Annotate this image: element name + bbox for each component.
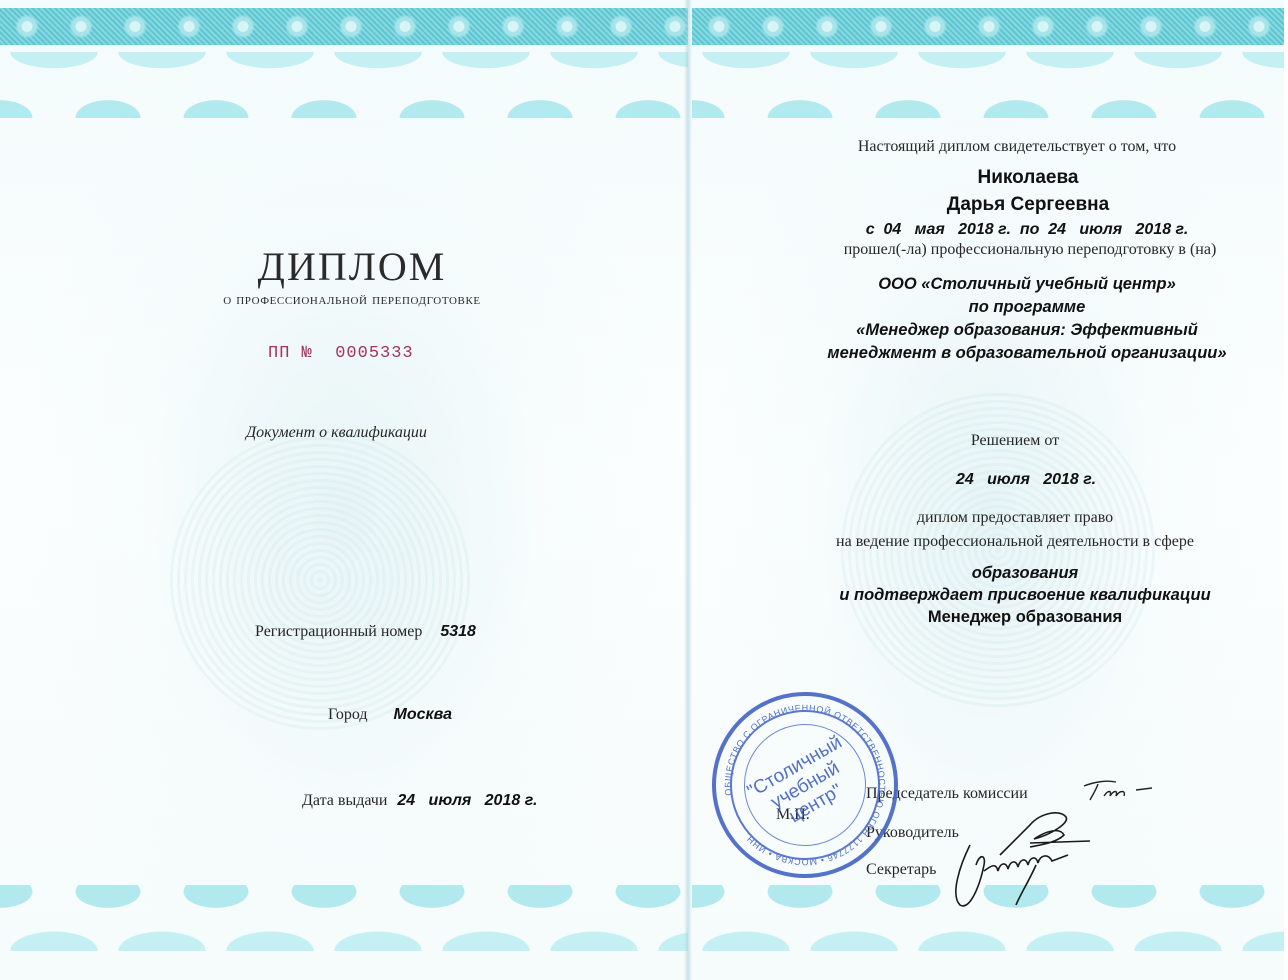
- diploma-subtitle: о профессиональной переподготовке: [223, 291, 481, 309]
- rights-line1: диплом предоставляет право: [917, 509, 1113, 527]
- registration-label: Регистрационный номер: [255, 623, 422, 640]
- city-value: Москва: [394, 706, 452, 723]
- top-wave-ornament: [0, 52, 688, 118]
- recipient-surname: Николаева: [978, 167, 1079, 189]
- top-border-band: [692, 8, 1284, 45]
- serial-value: 0005333: [335, 344, 413, 363]
- qualification-text: и подтверждает присвоение квалификации: [839, 586, 1210, 605]
- program-name-line2: менеджмент в образовательной организации…: [827, 344, 1226, 363]
- recipient-given-names: Дарья Сергеевна: [947, 194, 1109, 216]
- left-page: [0, 0, 688, 980]
- training-text: прошел(-ла) профессиональную переподгото…: [844, 241, 1217, 259]
- city-row: Город Москва: [328, 706, 452, 724]
- chairman-signature: [1080, 776, 1160, 806]
- program-name-line1: «Менеджер образования: Эффективный: [856, 321, 1198, 340]
- city-label: Город: [328, 706, 368, 723]
- top-wave-ornament: [692, 52, 1284, 118]
- registration-row: Регистрационный номер 5318: [255, 623, 476, 641]
- issue-date-value: 24 июля 2018 г.: [397, 792, 537, 809]
- page-fold: [684, 0, 692, 980]
- qualification-name: Менеджер образования: [928, 608, 1122, 627]
- rights-line2: на ведение профессиональной деятельности…: [836, 533, 1194, 551]
- training-period: с 04 мая 2018 г. по 24 июля 2018 г.: [866, 221, 1189, 239]
- registration-number: 5318: [440, 623, 476, 640]
- organization-stamp: ОБЩЕСТВО С ОГРАНИЧЕННОЙ ОТВЕТСТВЕННОСТЬЮ…: [700, 680, 910, 890]
- professional-sphere: образования: [972, 564, 1079, 583]
- intro-text: Настоящий диплом свидетельствует о том, …: [858, 138, 1176, 156]
- decision-label: Решением от: [971, 432, 1059, 450]
- serial-prefix: ПП №: [268, 344, 313, 363]
- document-type: Документ о квалификации: [246, 424, 427, 442]
- decision-date: 24 июля 2018 г.: [956, 471, 1096, 489]
- serial-number: ПП № 0005333: [268, 344, 414, 363]
- issue-date-row: Дата выдачи 24 июля 2018 г.: [302, 792, 537, 810]
- issue-date-label: Дата выдачи: [302, 792, 387, 809]
- organization-name: ООО «Столичный учебный центр»: [878, 275, 1176, 294]
- guilloche-rosette: [170, 430, 470, 730]
- bottom-wave-ornament: [0, 885, 688, 951]
- top-border-band: [0, 8, 688, 45]
- secretary-signature: [940, 835, 1100, 915]
- diploma-title: ДИПЛОМ: [258, 243, 447, 290]
- program-label: по программе: [969, 298, 1086, 317]
